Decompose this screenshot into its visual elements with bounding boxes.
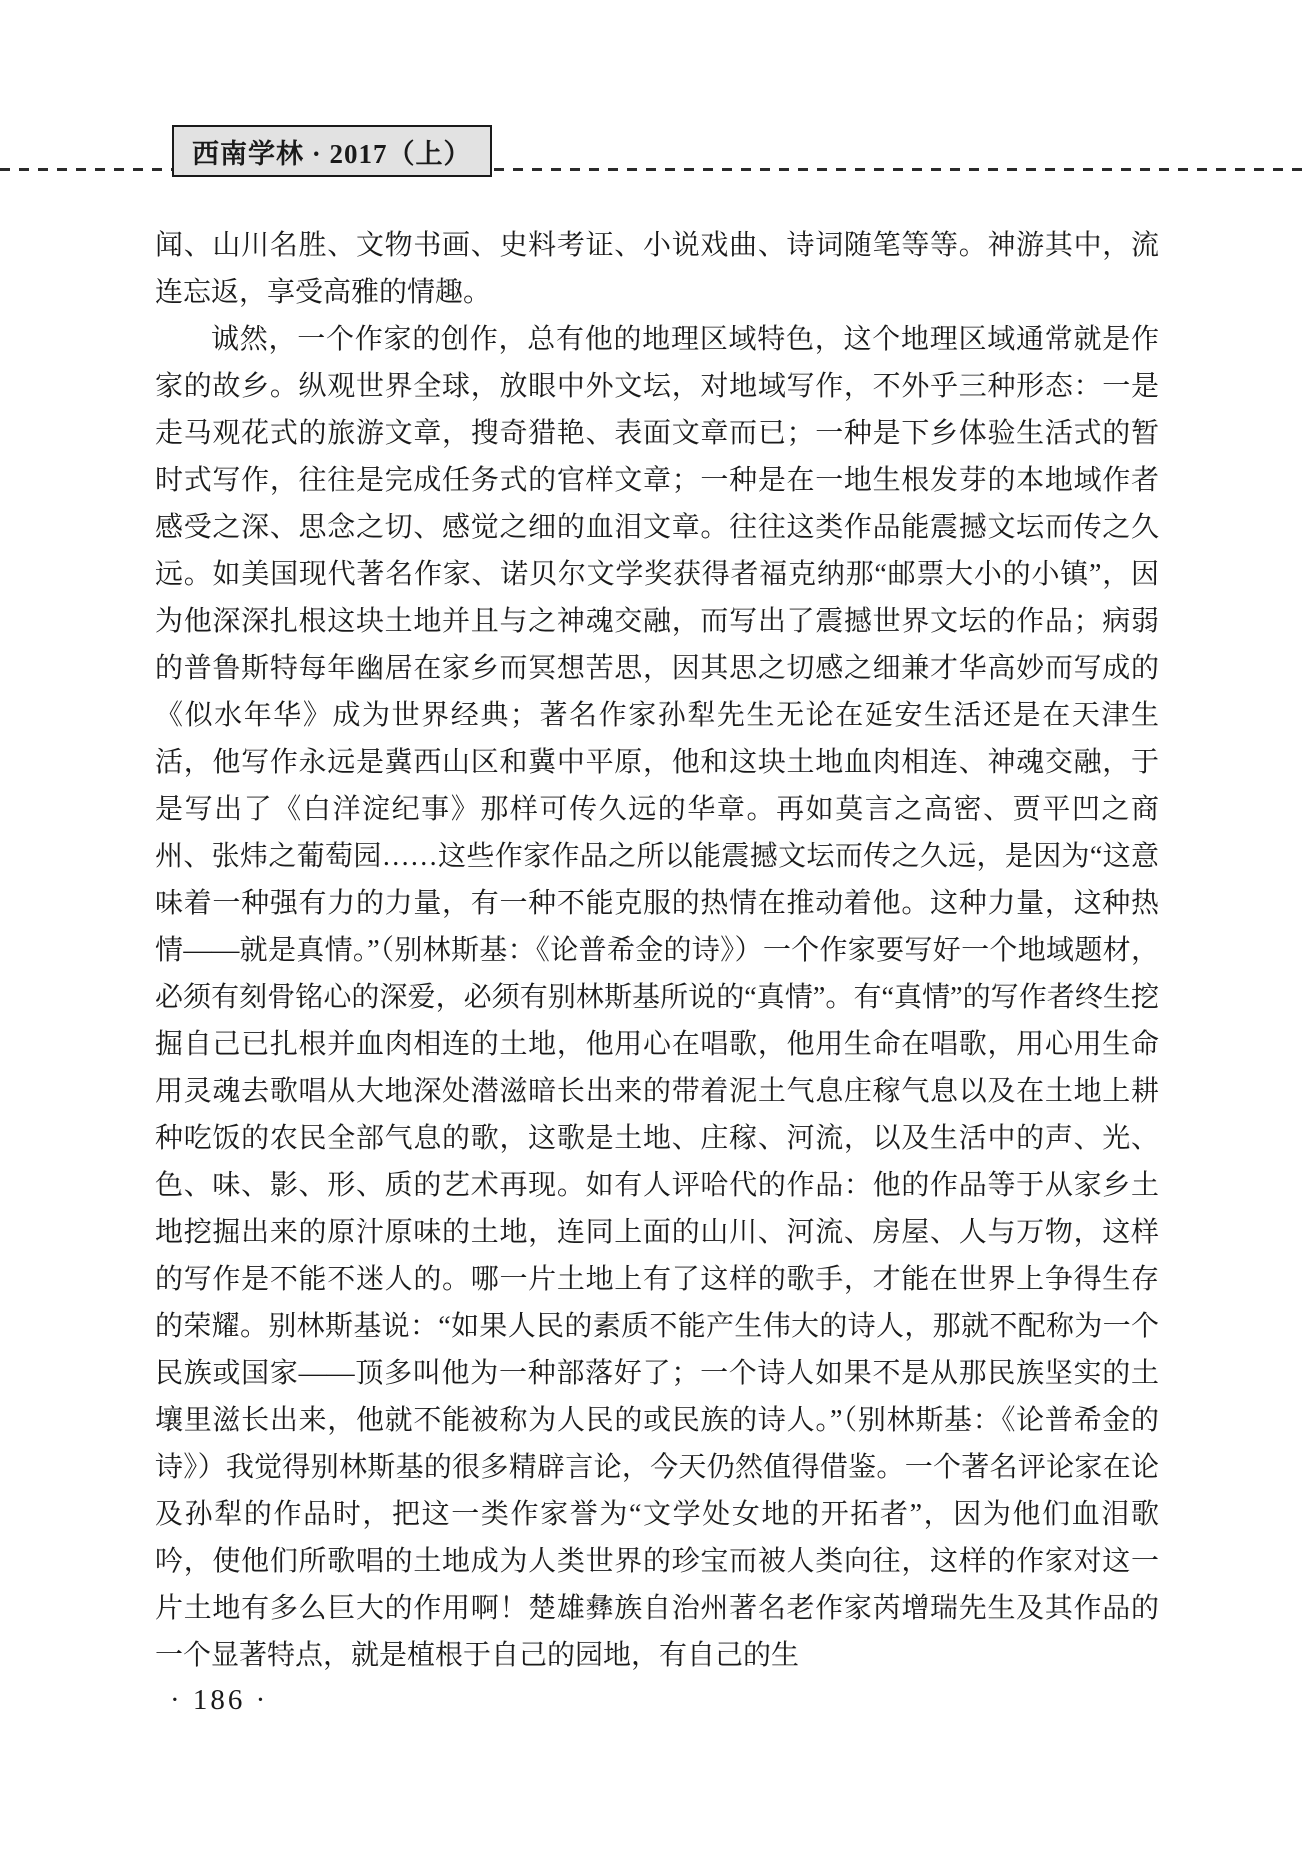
paragraph-continuation: 闻、山川名胜、文物书画、史料考证、小说戏曲、诗词随笔等等。神游其中，流连忘返，享… [155, 222, 1159, 316]
journal-title: 西南学林 · 2017（上） [192, 132, 472, 171]
book-page: 西南学林 · 2017（上） 闻、山川名胜、文物书画、史料考证、小说戏曲、诗词随… [0, 0, 1307, 1859]
page-number: · 186 · [170, 1684, 268, 1717]
running-header-box: 西南学林 · 2017（上） [172, 125, 492, 177]
body-text: 闻、山川名胜、文物书画、史料考证、小说戏曲、诗词随笔等等。神游其中，流连忘返，享… [155, 222, 1159, 1679]
paragraph-main: 诚然，一个作家的创作，总有他的地理区域特色，这个地理区域通常就是作家的故乡。纵观… [155, 316, 1159, 1679]
